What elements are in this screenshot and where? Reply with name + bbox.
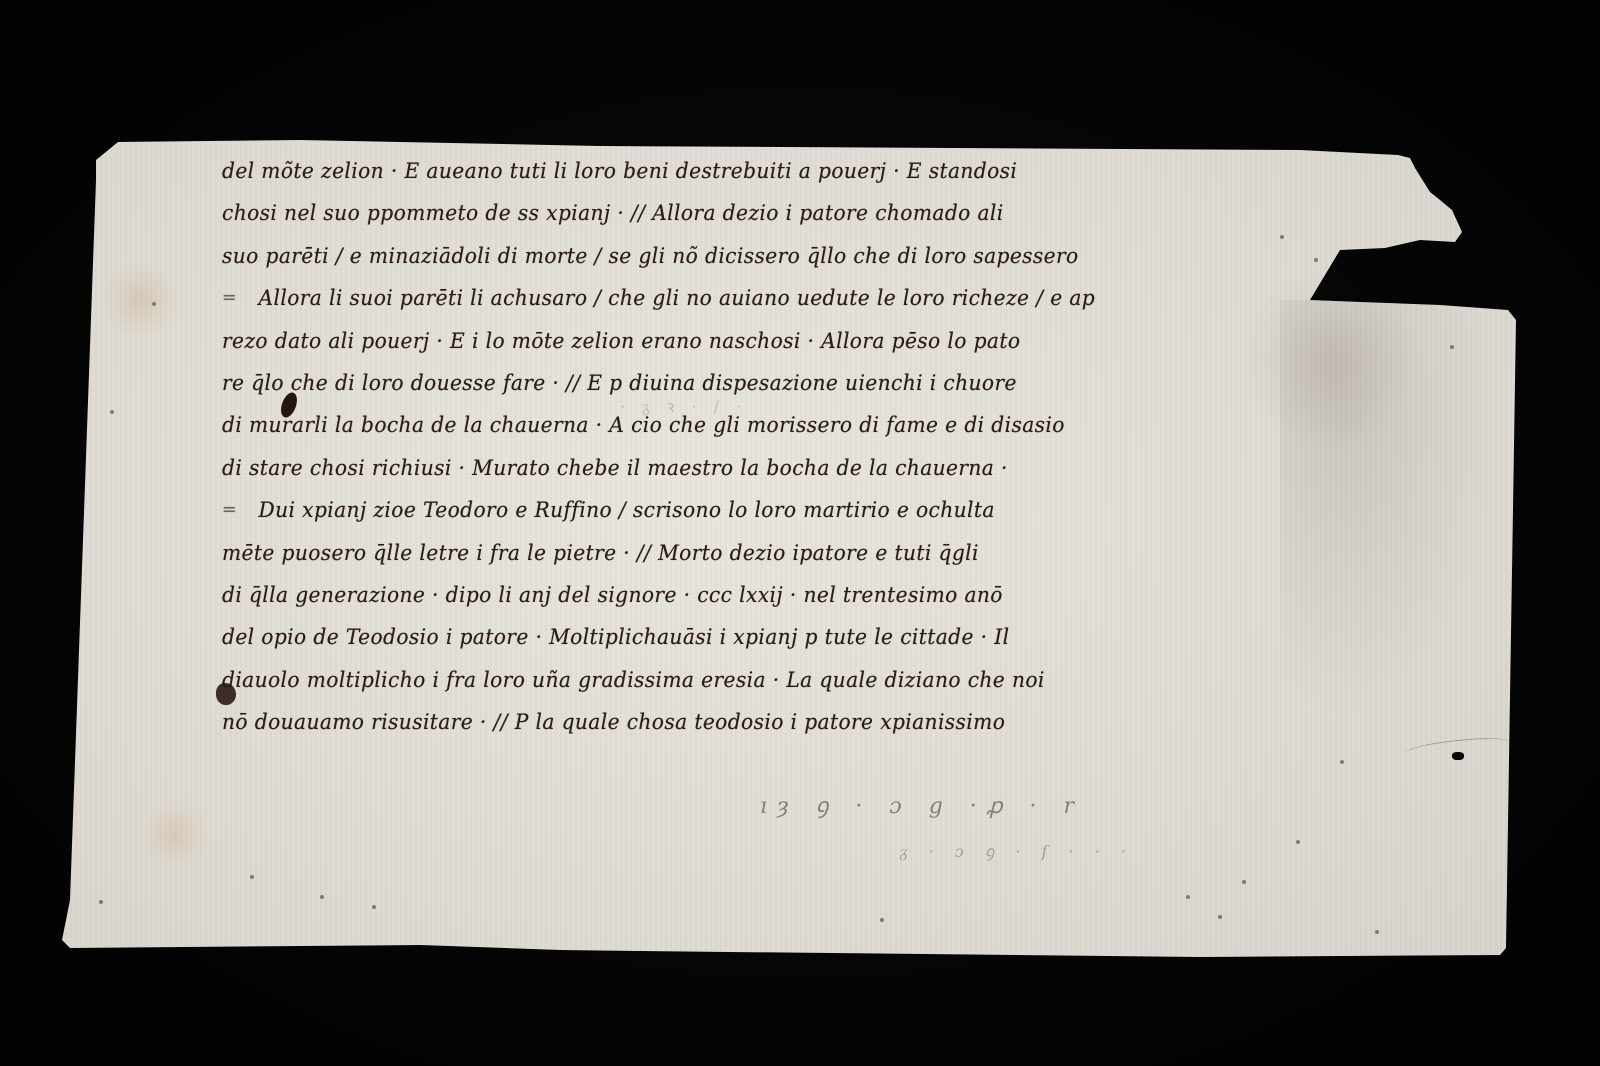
manuscript-line-11: di q̄lla generazione · dipo li anj del s…: [222, 574, 1242, 616]
manuscript-fragment: · ᵹ ꝛ · / · del mõte zelion · E aueano t…: [0, 0, 1600, 1066]
manuscript-line-8: di stare chosi richiusi · Murato chebe i…: [222, 447, 1242, 489]
paragraph-mark: =: [222, 277, 237, 319]
manuscript-line-13: diauolo moltiplicho i fra loro uña gradi…: [222, 659, 1242, 701]
manuscript-line-3: suo parēti / e minaziādoli di morte / se…: [222, 235, 1242, 277]
faint-offset-marks-lower: ᵹ · ɔ ꝯ · ſ · · ·: [900, 840, 1134, 862]
manuscript-line-1: del mõte zelion · E aueano tuti li loro …: [222, 150, 1242, 192]
manuscript-line-4: =Allora li suoi parēti li achusaro / che…: [222, 277, 1242, 319]
photo-stage: · ᵹ ꝛ · / · del mõte zelion · E aueano t…: [0, 0, 1600, 1066]
manuscript-line-10: mēte puosero q̄lle letre i fra le pietre…: [222, 532, 1242, 574]
manuscript-line-5: rezo dato ali pouerj · E i lo mōte zelio…: [222, 320, 1242, 362]
manuscript-text-block: del mõte zelion · E aueano tuti li loro …: [222, 150, 1282, 743]
manuscript-line-6: re q̄lo che di loro douesse fare · // E …: [222, 362, 1242, 404]
manuscript-line-2: chosi nel suo ppommeto de ss xpianj · //…: [222, 192, 1242, 234]
fold-shadow: [1280, 300, 1500, 720]
manuscript-line-9: =Dui xpianj zioe Teodoro e Ruffino / scr…: [222, 489, 1242, 531]
ink-blot: [216, 683, 236, 705]
manuscript-line-7: di murarli la bocha de la chauerna · A c…: [222, 404, 1242, 446]
paragraph-mark: =: [222, 489, 237, 531]
manuscript-line-12: del opio de Teodosio i patore · Moltipli…: [222, 616, 1242, 658]
manuscript-line-14: nō douauamo risusitare · // P la quale c…: [222, 701, 1242, 743]
faint-offset-marks: ıȝ ꝯ · ɔ g ·ꝓ · r: [760, 790, 1084, 820]
